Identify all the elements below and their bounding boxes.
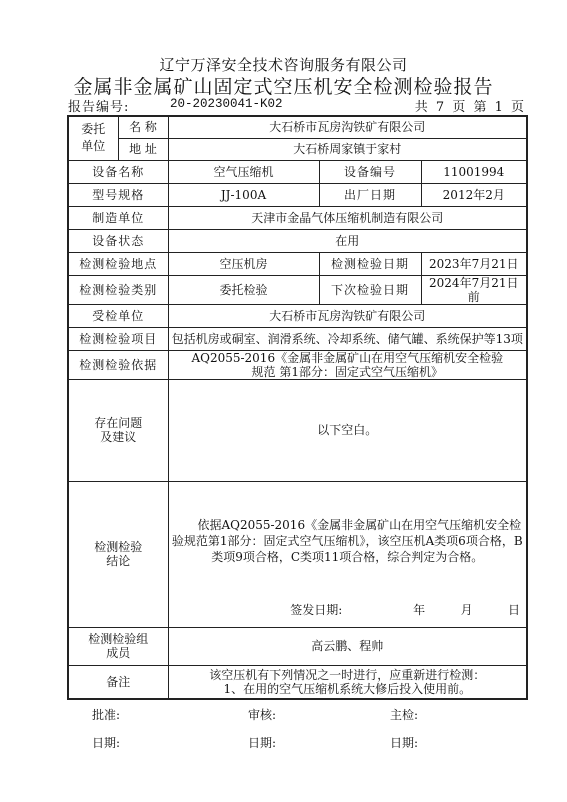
report-table: 委托单位 名 称 大石桥市瓦房沟铁矿有限公司 地 址 大石桥周家镇于家村 设备名…: [67, 115, 528, 700]
equipment-name: 空气压缩机: [168, 160, 319, 183]
remarks-label: 备注: [68, 665, 168, 699]
inspected-unit-label: 受检单位: [68, 304, 168, 327]
issues-label-line2: 及建议: [71, 430, 166, 444]
team-label-line1: 检测检验组: [71, 632, 166, 646]
remarks-cell: 该空压机有下列情况之一时进行，应重新进行检测： 1、在用的空气压缩机系统大修后投…: [168, 665, 527, 699]
inspection-date-label: 检测检验日期: [319, 252, 421, 275]
basis-label: 检测检验依据: [68, 350, 168, 379]
conclusion-cell: 依据AQ2055-2016《金属非金属矿山在用空气压缩机安全检验规范第1部分：固…: [168, 481, 527, 627]
status: 在用: [168, 229, 527, 252]
manufacturer: 天津市金晶气体压缩机制造有限公司: [168, 206, 527, 229]
approve-date-label: 日期:: [92, 734, 120, 751]
status-label: 设备状态: [68, 229, 168, 252]
report-no-label: 报告编号:: [68, 96, 129, 115]
report-no: 20-20230041-K02: [170, 97, 283, 111]
manufacturer-label: 制造单位: [68, 206, 168, 229]
review-label: 审核:: [248, 706, 276, 723]
factory-date-label: 出厂日期: [319, 183, 421, 206]
inspector-label: 主检:: [390, 706, 418, 723]
sign-date: 签发日期: 年 月 日: [171, 603, 525, 617]
client-address-label: 地 址: [118, 138, 168, 160]
inspected-unit: 大石桥市瓦房沟铁矿有限公司: [168, 304, 527, 327]
equipment-code: 11001994: [421, 160, 527, 183]
inspection-date: 2023年7月21日: [421, 252, 527, 275]
factory-date: 2012年2月: [421, 183, 527, 206]
conclusion-text: 依据AQ2055-2016《金属非金属矿山在用空气压缩机安全检验规范第1部分：固…: [171, 517, 525, 565]
team-label: 检测检验组 成员: [68, 627, 168, 665]
remarks-line2: 1、在用的空气压缩机系统大修后投入使用前。: [172, 682, 524, 696]
next-date-label: 下次检验日期: [319, 275, 421, 304]
conclusion-label-line1: 检测检验: [71, 540, 166, 554]
equipment-name-label: 设备名称: [68, 160, 168, 183]
model: JJ-100A: [168, 183, 319, 206]
approve-label: 批准:: [92, 706, 120, 723]
review-date-label: 日期:: [248, 734, 276, 751]
inspection-type-label: 检测检验类别: [68, 275, 168, 304]
issues-label-line1: 存在问题: [71, 416, 166, 430]
client-group-label: 委托单位: [68, 116, 118, 160]
conclusion-label-line2: 结论: [71, 554, 166, 568]
location-label: 检测检验地点: [68, 252, 168, 275]
remarks-line1: 该空压机有下列情况之一时进行，应重新进行检测：: [172, 668, 524, 682]
issues-text: 以下空白。: [168, 379, 527, 481]
location: 空压机房: [168, 252, 319, 275]
client-address: 大石桥周家镇于家村: [168, 138, 527, 160]
report-title: 金属非金属矿山固定式空压机安全检测检验报告: [0, 72, 567, 99]
model-label: 型号规格: [68, 183, 168, 206]
issues-label: 存在问题 及建议: [68, 379, 168, 481]
report-meta: 报告编号: 20-20230041-K02 共 7 页 第 1 页: [68, 96, 526, 114]
basis: AQ2055-2016《金属非金属矿山在用空气压缩机安全检验规范 第1部分：固定…: [168, 350, 527, 379]
client-name: 大石桥市瓦房沟铁矿有限公司: [168, 116, 527, 138]
conclusion-label: 检测检验 结论: [68, 481, 168, 627]
team-members: 高云鹏、程帅: [168, 627, 527, 665]
page-count: 共 7 页 第 1 页: [415, 96, 526, 115]
next-date: 2024年7月21日前: [421, 275, 527, 304]
items: 包括机房或硐室、润滑系统、冷却系统、储气罐、系统保护等13项: [168, 327, 527, 350]
inspection-type: 委托检验: [168, 275, 319, 304]
equipment-code-label: 设备编号: [319, 160, 421, 183]
client-name-label: 名 称: [118, 116, 168, 138]
team-label-line2: 成员: [71, 646, 166, 660]
items-label: 检测检验项目: [68, 327, 168, 350]
inspector-date-label: 日期:: [390, 734, 418, 751]
